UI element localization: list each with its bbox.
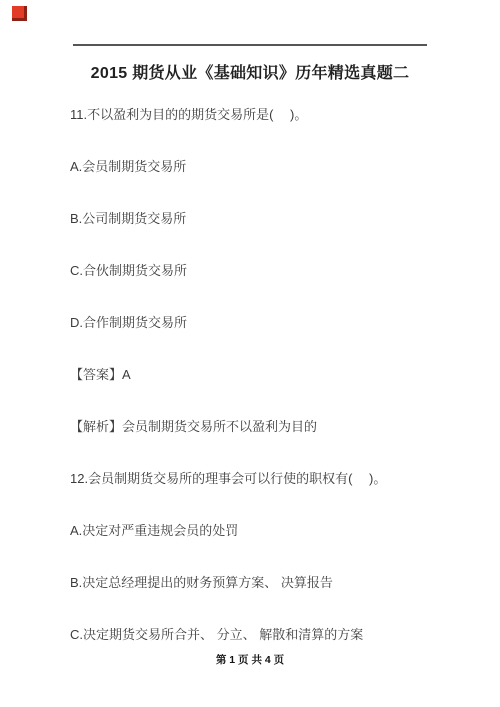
- question-12-option-a: A.决定对严重违规会员的处罚: [70, 523, 238, 539]
- question-11-analysis: 【解析】会员制期货交易所不以盈利为目的: [70, 419, 317, 435]
- document-page: 2015 期货从业《基础知识》历年精选真题二 11.不以盈利为目的的期货交易所是…: [0, 0, 500, 707]
- question-11-option-a: A.会员制期货交易所: [70, 159, 186, 175]
- red-square-logo-icon: [12, 6, 27, 21]
- header-divider-line: [73, 44, 427, 46]
- question-11-option-d: D.合作制期货交易所: [70, 315, 187, 331]
- question-12-option-b: B.决定总经理提出的财务预算方案、 决算报告: [70, 575, 333, 591]
- question-12-option-c: C.决定期货交易所合并、 分立、 解散和清算的方案: [70, 627, 363, 643]
- question-11-stem: 11.不以盈利为目的的期货交易所是( )。: [70, 107, 307, 123]
- question-11-answer: 【答案】A: [70, 367, 131, 383]
- page-title: 2015 期货从业《基础知识》历年精选真题二: [0, 64, 500, 83]
- question-11-option-c: C.合伙制期货交易所: [70, 263, 187, 279]
- question-11-option-b: B.公司制期货交易所: [70, 211, 186, 227]
- question-12-stem: 12.会员制期货交易所的理事会可以行使的职权有( )。: [70, 471, 386, 487]
- page-number-footer: 第 1 页 共 4 页: [0, 654, 500, 667]
